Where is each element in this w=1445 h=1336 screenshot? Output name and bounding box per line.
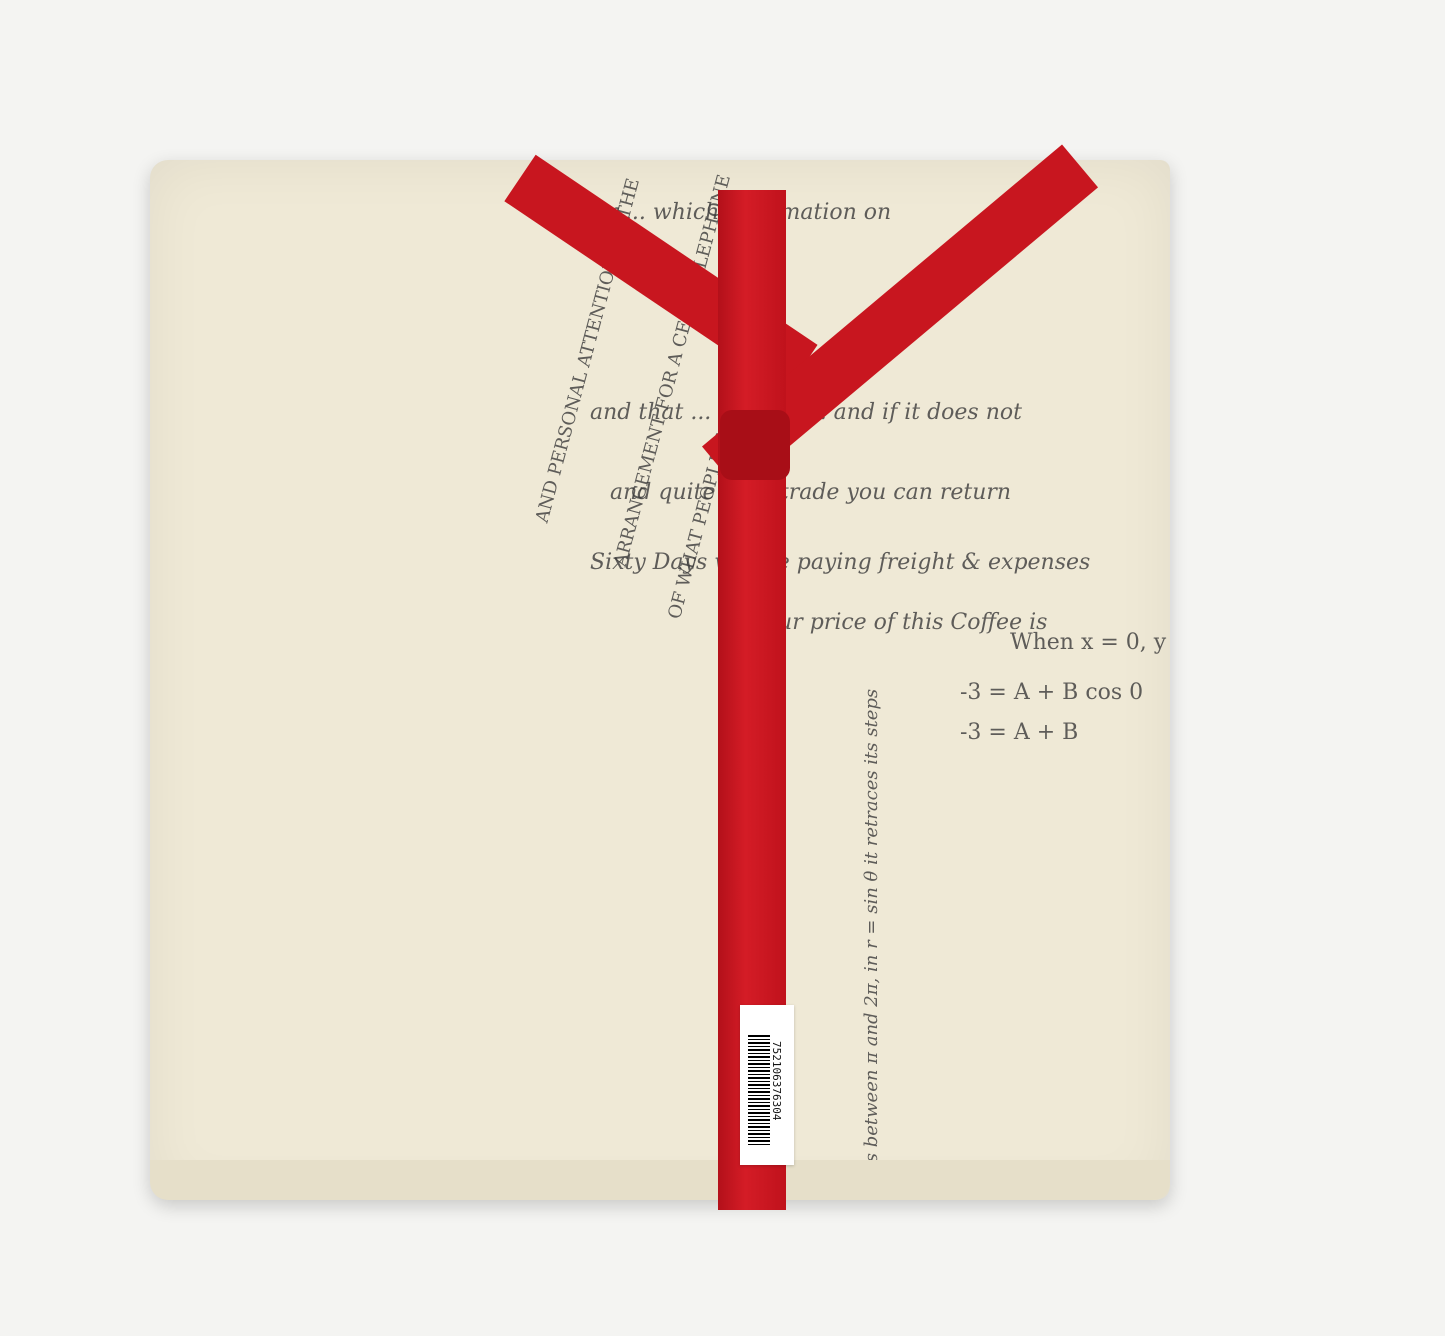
math-line: -3 = A + B cos 0 [960, 680, 1143, 705]
folded-fabric: our ... which information on and that ..… [150, 160, 1170, 1200]
fabric-fold-edge [150, 1160, 1170, 1200]
math-line: When x = 0, y = -3 [1010, 630, 1170, 655]
math-line: -3 = A + B [960, 720, 1078, 745]
barcode-icon [748, 1035, 770, 1145]
ribbon-knot [720, 410, 790, 480]
script-line: and quite your trade you can return [610, 480, 1011, 505]
barcode-number: 752106376304 [770, 1041, 783, 1120]
script-line: Sixty Days we are paying freight & expen… [590, 550, 1090, 575]
script-line: Our price of this Coffee is [760, 610, 1047, 635]
math-line: Because as θ is between π and 2π, in r =… [861, 689, 882, 1200]
barcode-label: 752106376304 [740, 1005, 794, 1165]
